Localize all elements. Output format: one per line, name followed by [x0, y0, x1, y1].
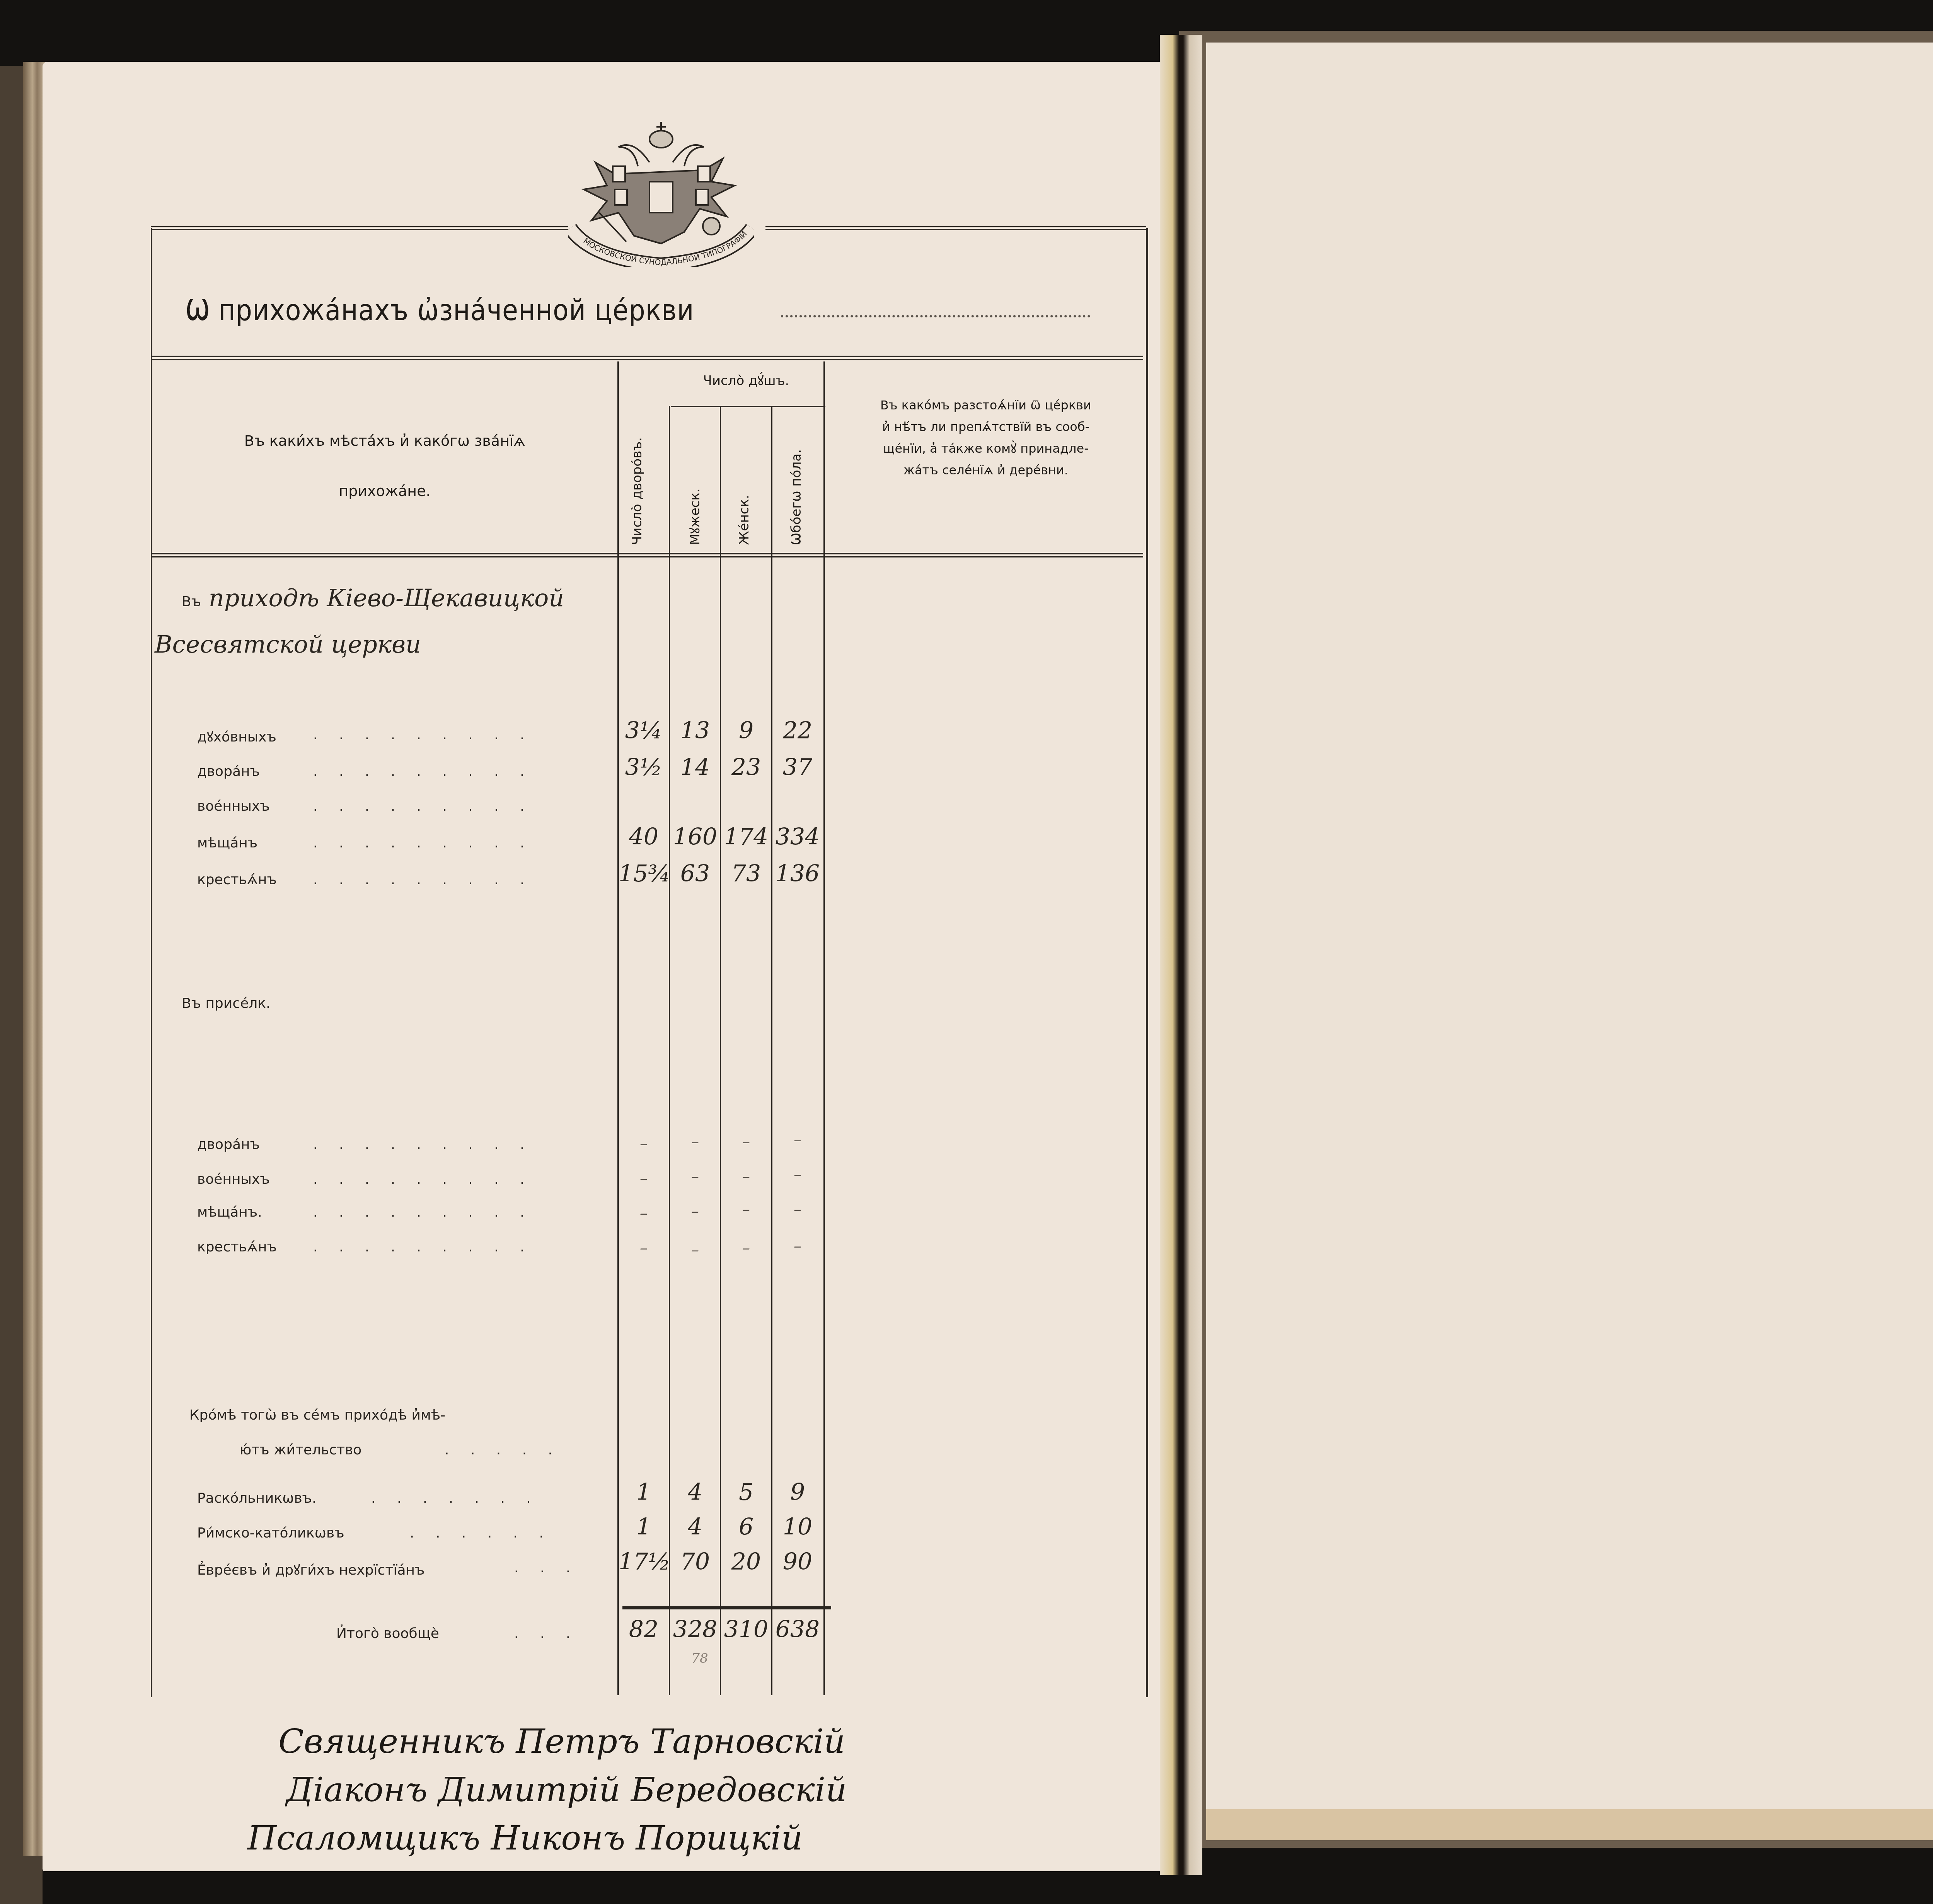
cell-male: 4: [670, 1514, 720, 1541]
row-label: двора́нъ: [197, 764, 260, 779]
cell-male: –: [670, 1241, 720, 1259]
row-label: мѣща́нъ: [197, 835, 257, 851]
cell-households: 1: [619, 1514, 669, 1541]
dot-leader: . . . . . . .: [371, 1490, 539, 1506]
header-female: Же́нск.: [736, 421, 752, 545]
total-male: 328: [670, 1616, 720, 1643]
signature-psalmist: Псаломщикъ Никонъ Порицкій: [247, 1819, 803, 1858]
cell-households: 1: [619, 1479, 669, 1506]
cell-households: –: [619, 1135, 669, 1152]
header-households: Число̀ дворо́въ.: [629, 383, 645, 545]
cell-households: 17½: [619, 1548, 669, 1575]
header-distance-line4: жа́тъ селе́нїѧ и̓ дере́вни.: [831, 459, 1140, 481]
cell-both: –: [772, 1166, 823, 1183]
dot-leader: . . . . . . . . .: [313, 764, 533, 779]
dot-leader: . . . . . . . . .: [313, 798, 533, 814]
cell-both: 10: [772, 1514, 823, 1541]
row-label: Раско́льникѡвъ.: [197, 1490, 316, 1506]
column-divider-both: [823, 361, 825, 1695]
cell-male: 70: [670, 1548, 720, 1575]
dot-leader: . . . . . . . . .: [313, 835, 533, 851]
dot-leader: . . . . . . . . .: [313, 1239, 533, 1255]
dot-leader: . . . . . . . . .: [313, 1137, 533, 1152]
cell-female: –: [721, 1200, 771, 1218]
row-label: вое́нныхъ: [197, 798, 270, 814]
book-gutter-spine: [1160, 35, 1202, 1875]
dot-leader: . . . . . .: [410, 1525, 552, 1541]
cell-female: 5: [721, 1479, 771, 1506]
cell-both: –: [772, 1200, 823, 1218]
row-label: двора́нъ: [197, 1137, 260, 1152]
row-label: Ри́мско-като́ликѡвъ: [197, 1525, 344, 1541]
dot-leader: . . . . . . . . .: [313, 1204, 533, 1220]
row-label: крестьѧ́нъ: [197, 1239, 277, 1255]
other-residents-intro-line1: Кро́мѣ тогѡ̀ въ се́мъ прихо́дѣ и̓мѣ-: [189, 1407, 445, 1423]
cell-female: 174: [721, 823, 771, 851]
title-double-rule: [152, 356, 1143, 360]
totals-rule: [622, 1606, 831, 1609]
cell-both: 90: [772, 1548, 823, 1575]
total-households: 82: [619, 1616, 669, 1643]
cell-male: –: [670, 1168, 720, 1185]
parish-name-line2: Всесвятской церкви: [155, 630, 421, 658]
cell-male: –: [670, 1133, 720, 1151]
cell-male: 14: [670, 754, 720, 781]
title-dotted-fill-line: [781, 315, 1090, 317]
cell-female: 9: [721, 717, 771, 744]
dot-leader: . . . . . . . . .: [313, 727, 533, 743]
signature-priest: Священникъ Петръ Тарновскій: [278, 1722, 845, 1761]
signature-deacon: Діаконъ Димитрій Бередовскій: [286, 1771, 847, 1809]
cell-households: 15¾: [619, 860, 669, 887]
dot-leader: . . . . . . . . .: [313, 872, 533, 888]
parish-name-line1: Въ приходѣ Кіево-Щекавицкой: [182, 584, 564, 612]
cell-both: 22: [772, 717, 823, 744]
other-residents-intro-line2: ю́тъ жи́тельство: [240, 1442, 361, 1458]
header-distance-line2: и̓ нѣ́тъ ли препѧ́тствїй въ сооб-: [831, 416, 1140, 438]
cell-female: –: [721, 1168, 771, 1185]
cell-female: 73: [721, 860, 771, 887]
header-male: Мꙋжеск.: [686, 421, 704, 545]
right-page-blank: [1206, 43, 1933, 1840]
row-label: крестьѧ́нъ: [197, 872, 277, 888]
row-label: дꙋхо́вныхъ: [197, 727, 276, 746]
row-label: вое́нныхъ: [197, 1171, 270, 1187]
souls-group-rule: [671, 406, 825, 407]
cell-male: 160: [670, 823, 720, 851]
cell-households: –: [619, 1169, 669, 1187]
hamlet-section-label: Въ присе́лк.: [182, 995, 271, 1011]
cell-female: 20: [721, 1548, 771, 1575]
row-label: мѣща́нъ.: [197, 1204, 262, 1220]
cell-male: 63: [670, 860, 720, 887]
cell-households: 3½: [619, 754, 669, 781]
cell-male: 13: [670, 717, 720, 744]
row-label: Е҆вре́євъ и̓ дрꙋги́хъ нехрїстїа́нъ: [197, 1560, 424, 1579]
cell-female: 23: [721, 754, 771, 781]
dot-leader: . . . . . . . . .: [313, 1171, 533, 1187]
header-place-line2: прихожа́не.: [155, 466, 615, 516]
cell-households: –: [619, 1204, 669, 1222]
cell-male: 4: [670, 1479, 720, 1506]
pencil-note: 78: [675, 1651, 725, 1666]
dot-leader: . . .: [514, 1626, 579, 1641]
header-distance-line1: Въ како́мъ разстоѧ́нїи ѿ це́ркви: [831, 394, 1140, 416]
cell-male: –: [670, 1202, 720, 1220]
form-title: Ѡ прихожа́нахъ ѡ҆зна́ченной це́ркви: [186, 294, 694, 327]
header-distance-and-ownership: Въ како́мъ разстоѧ́нїи ѿ це́ркви и̓ нѣ́т…: [831, 394, 1140, 481]
cell-female: 6: [721, 1514, 771, 1541]
total-female: 310: [721, 1616, 771, 1643]
cell-both: 136: [772, 860, 823, 887]
cell-households: 3¼: [619, 717, 669, 744]
dot-leader: . . .: [514, 1560, 579, 1576]
header-place-and-rank: Въ каки́хъ мѣста́хъ и̓ како́гѡ зва́нїѧ п…: [155, 416, 615, 516]
right-page-bottom-stain: [1206, 1809, 1933, 1840]
dot-leader: . . . . .: [445, 1442, 561, 1458]
cell-female: –: [721, 1133, 771, 1151]
cell-both: 334: [772, 823, 823, 851]
header-distance-line3: ще́нїи, а̓ та́кже комꙋ̀ принадле-: [831, 438, 1140, 459]
header-both-sexes: Ѡбо́егѡ по́ла.: [789, 421, 804, 545]
cell-both: 9: [772, 1479, 823, 1506]
header-double-rule: [152, 553, 1143, 557]
cell-households: 40: [619, 823, 669, 851]
header-place-line1: Въ каки́хъ мѣста́хъ и̓ како́гѡ зва́нїѧ: [155, 416, 615, 466]
cell-both: –: [772, 1237, 823, 1255]
total-both: 638: [772, 1616, 823, 1643]
cell-both: 37: [772, 754, 823, 781]
totals-label: И҆того̀ вообщѐ: [336, 1626, 439, 1641]
cell-both: –: [772, 1131, 823, 1149]
cell-households: –: [619, 1239, 669, 1257]
header-souls-group: Число̀ дꙋ́шъ.: [673, 371, 820, 389]
cell-female: –: [721, 1239, 771, 1257]
